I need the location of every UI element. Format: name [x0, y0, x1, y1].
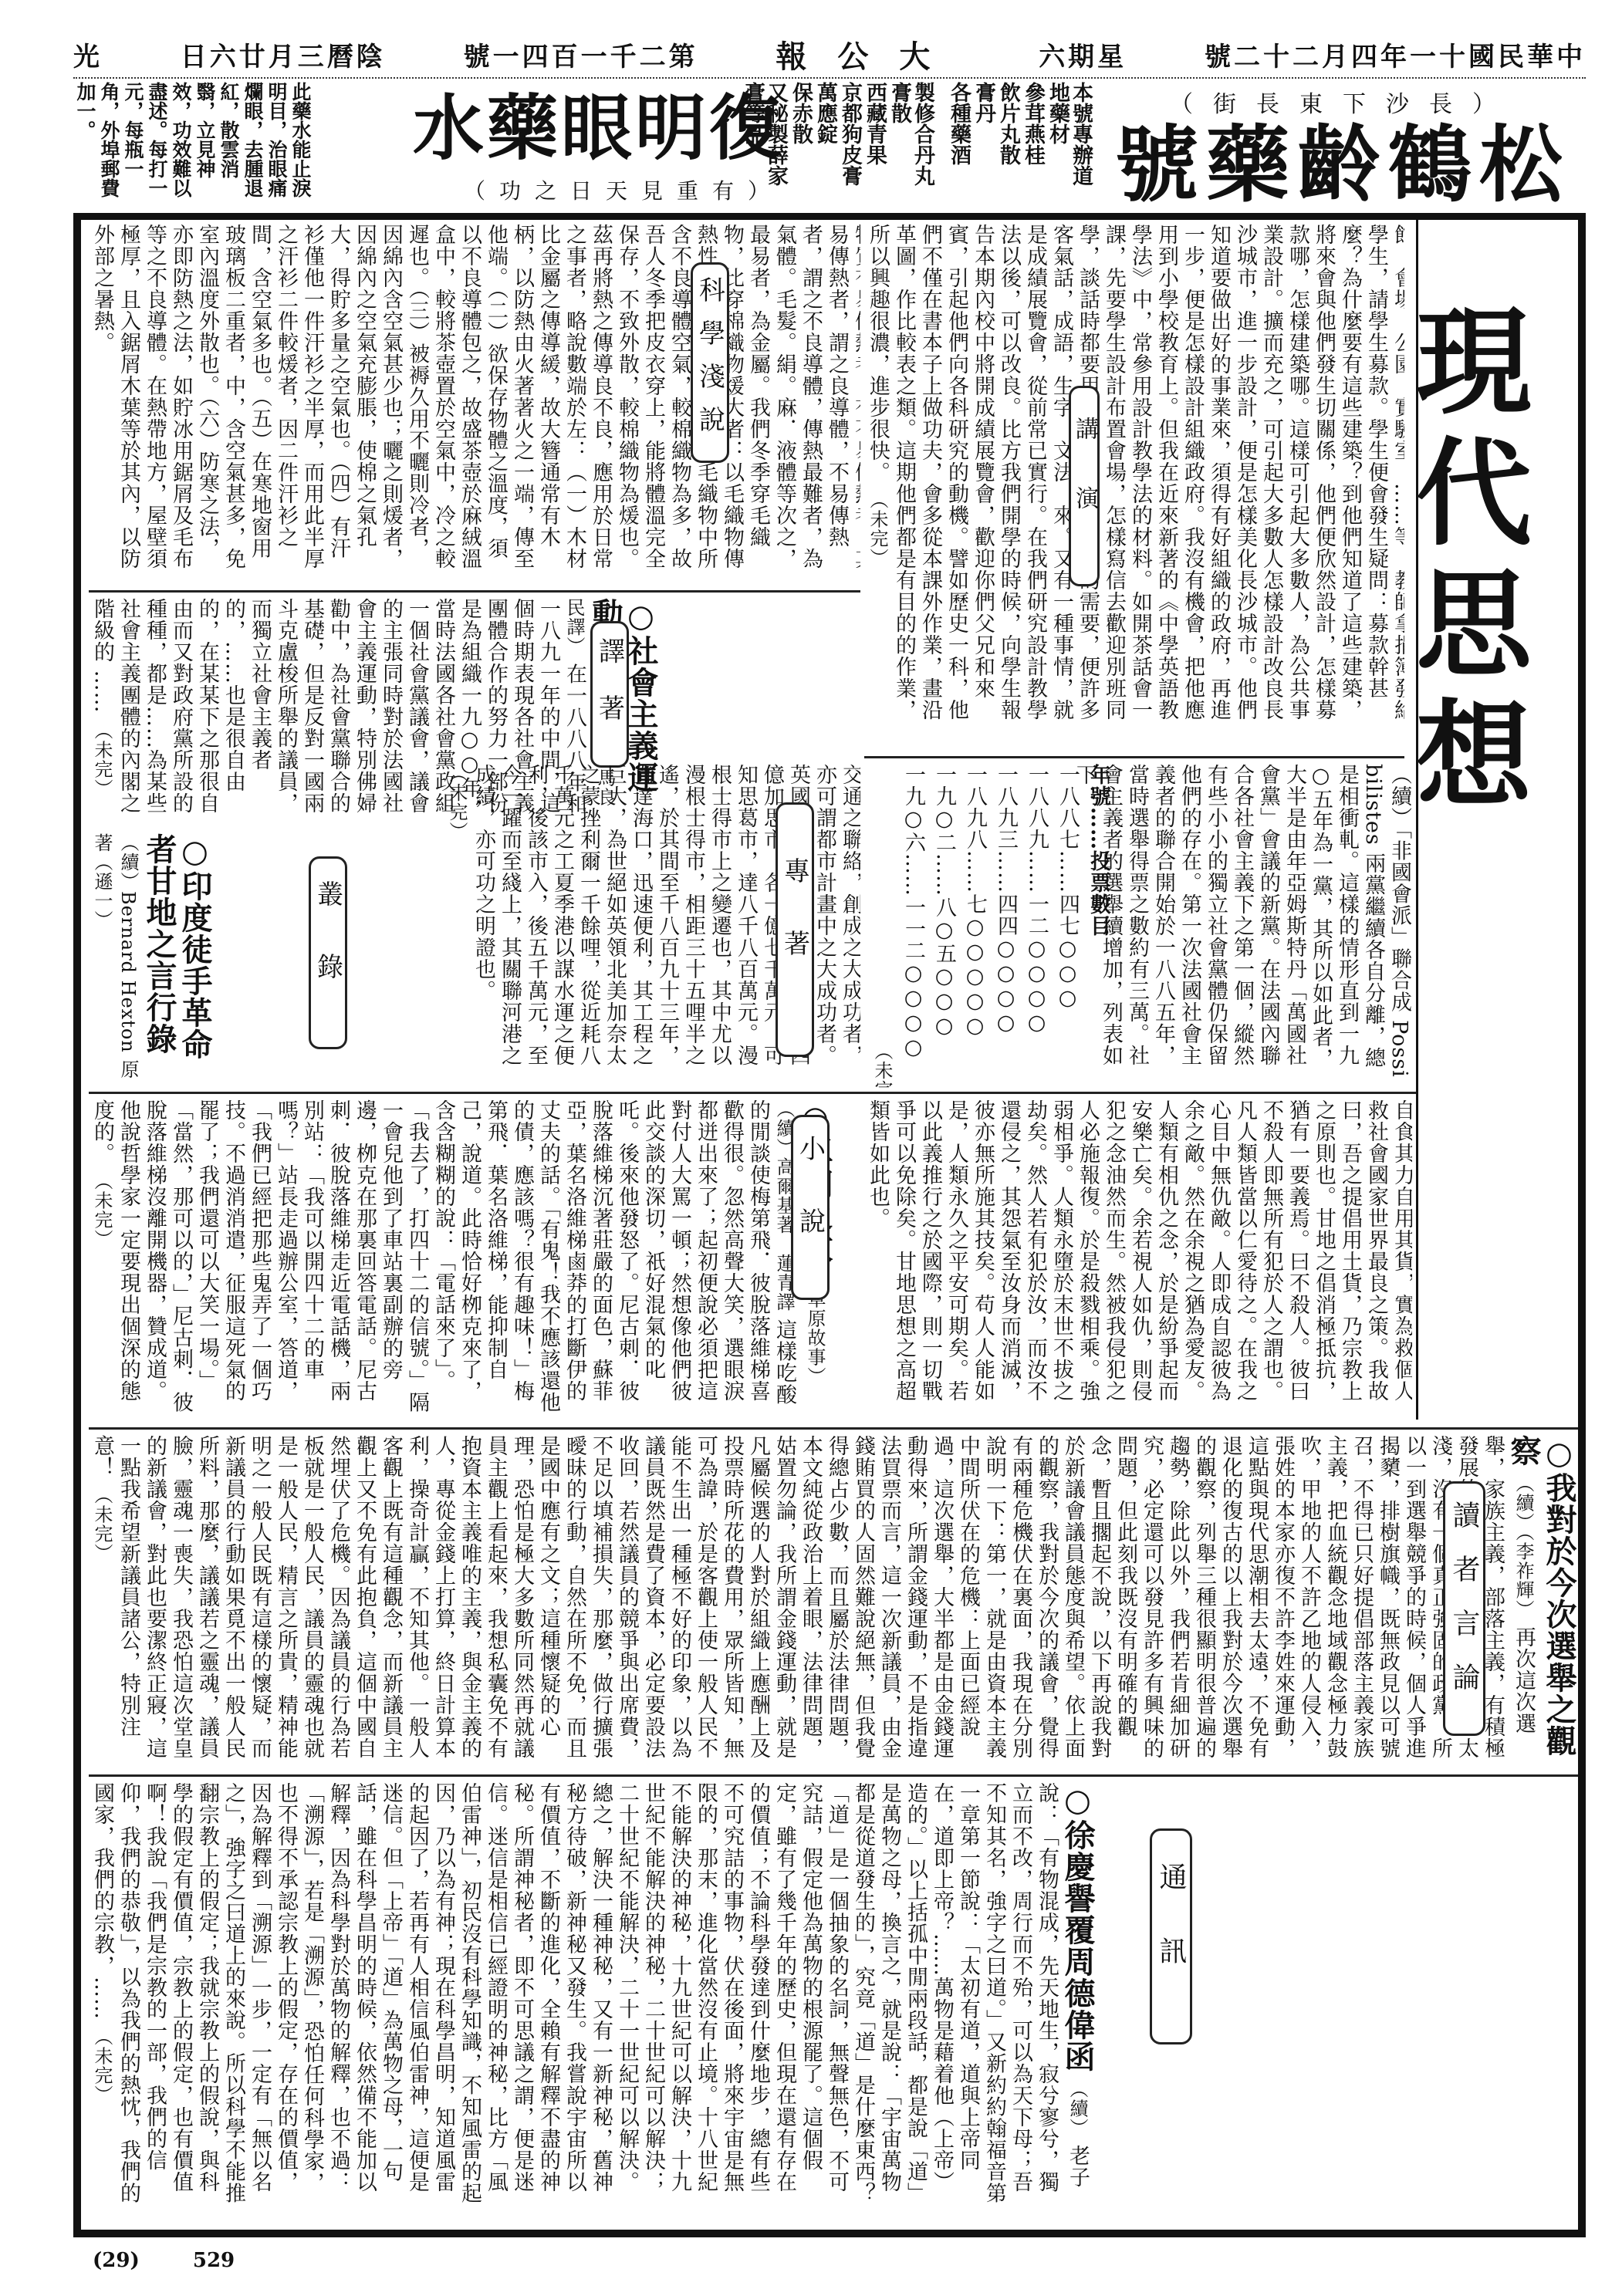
masthead-paper-name: 大公報 — [776, 32, 961, 76]
vote-table-count: 八○五○○○ — [932, 896, 956, 1038]
article-body: （續）「非國會派」聯合成 Possibilistes 兩黨繼續各自分離，總是相衝… — [1073, 764, 1411, 1078]
article-text: ○毛織物較煖於綿織物何故？ （楚良） 熱能藉物質媒介，由一端逃至他端，此作用謂之… — [89, 224, 860, 579]
vote-table: 年號……投票數目 一八八七……四七○○○ 一八八九……一二○○○○ 一八九三……… — [869, 764, 1111, 1088]
section-divider — [1416, 216, 1420, 1420]
article-end-mark: （未完） — [91, 721, 113, 798]
vote-table-year: 一八九八 — [963, 764, 987, 850]
masthead: 中華民國十一年四月二十二號 星期六 大公報 第二千一百四一號 陰曆三月廿六日 光 — [73, 31, 1586, 79]
ad-eyedrops-detail: 萬應錠 — [813, 82, 836, 205]
vote-table-year: 一九○六 — [901, 764, 925, 853]
article-text: ○徐慶譽覆周德偉函 （續） 老子說：「有物混成，先天地生，寂兮寥兮，獨立而不改，… — [89, 1782, 1095, 2207]
article-correspondence: 通訊 ○徐慶譽覆周德偉函 （續） 老子說：「有物混成，先天地生，寂兮寥兮，獨立而… — [89, 1782, 1578, 2214]
article-text: ○設計教學法 （續）（美國蓋葆耐君在周南女校講演）（楊舜鈞翻譯 周杰承筆記） 這… — [864, 224, 1404, 733]
article-text: （續）「非國會派」聯合成 Possibilistes 兩黨繼續各自分離，總是相衝… — [1119, 764, 1412, 1080]
vote-table-count: 一二○○○○ — [1025, 893, 1049, 1035]
article-end-mark: （未完） — [91, 1172, 113, 1249]
page-number: (29) — [93, 2249, 140, 2272]
vote-table-row: 一八九三……四四○○○○ — [992, 764, 1019, 1072]
article-body: 老子說：「有物混成，先天地生，寂兮寥兮，獨立而不改，周行而不殆，可以為天下母；吾… — [90, 1782, 1090, 2204]
ad-eyedrops-detail: 西藏青果 — [863, 82, 886, 205]
masthead-extra: 光 — [73, 35, 103, 73]
ad-pharmacy-location: （長沙下東長街） — [1100, 85, 1586, 119]
article-title: ○徐慶譽覆周德偉函 — [1059, 1782, 1096, 2072]
article-end-mark: （未完） — [869, 764, 895, 1088]
ad-pharmacy-name: 松鶴齡藥號 — [1100, 119, 1586, 211]
article-politics-layout: （續）「非國會派」聯合成 Possibilistes 兩黨繼續各自分離，總是相衝… — [864, 764, 1412, 1088]
article-urban: 專著 ○都市計畫論 （續）（余衡） 又如佛蘭克福得市，觀其鐵道幹綫之聯絡，亦可知… — [444, 764, 860, 1088]
divider — [89, 590, 860, 593]
ad-pharmacy-detail: 飲片丸散 — [996, 82, 1019, 205]
article-byline: （續）Bernard Hexton 原著（遜一） — [91, 833, 139, 1079]
article-tag: 譯著 — [590, 621, 629, 768]
article-byline: （續） — [1066, 2080, 1088, 2138]
article-text: ○我對於今次選舉之觀察 （續）（李祚輝） 再次這次選舉，家族主義，部落主義，有積… — [89, 1435, 1578, 1763]
article-body: 這樣吃酸的閒談使梅第飛．彼脫落維梯喜歡得很。忽然高聲大笑，選眼淚都迸出來了；起初… — [90, 1099, 796, 1413]
ad-pharmacy: （長沙下東長街） 松鶴齡藥號 — [1100, 82, 1586, 213]
ad-eyedrops-detail: 製修合丹丸膏散 — [887, 82, 934, 205]
article-lecture: 講演 ○設計教學法 （續）（美國蓋葆耐君在周南女校講演）（楊舜鈞翻譯 周杰承筆記… — [864, 224, 1404, 748]
article-end-mark: （未完） — [867, 491, 888, 568]
article-tag: 讀者言論 — [1443, 1481, 1485, 1736]
masthead-issue: 第二千一百四一號 — [464, 35, 698, 73]
vote-table-count: 四七○○○ — [1056, 893, 1080, 1011]
ad-eyedrops-tagline: （有重見天日之功） — [505, 174, 783, 205]
article-body: 熱能藉物質媒介，由一端逃至他端，此作用謂之傳導；但物質有易傳熱者，有不易傳熱者；… — [90, 224, 860, 573]
ad-pharmacy-detail: 各種藥酒 — [947, 82, 970, 205]
article-tag: 叢錄 — [309, 856, 347, 1049]
vote-table-year: 一九○二 — [932, 764, 956, 853]
article-gandhi-body: 勸用土貨及戒偽殺。一九一五年來，甘地竭力勸其人民購用土貨。英貨在印銷場頗受其影響… — [864, 1099, 1412, 1423]
article-tag: 通訊 — [1150, 1828, 1192, 2044]
ad-eyedrops-detail: 保赤散 — [789, 82, 812, 205]
vote-table-count: 七○○○○○ — [963, 893, 987, 1038]
ad-pharmacy-detail: 膏丹 — [972, 82, 995, 205]
vote-table-row: 一九○六……一一二○○○○ — [900, 764, 926, 1072]
advertisement-band: （長沙下東長街） 松鶴齡藥號 本號專辦道地藥材 參茸燕桂 飲片丸散 膏丹 各種藥… — [73, 82, 1586, 220]
article-body: 再次這次選舉，家族主義，部落主義，有積極發展的傾向。我國立憲政治訓練太淺，沒有一… — [90, 1435, 1536, 1759]
masthead-date-lunar: 陰曆三月廿六日 — [181, 35, 386, 73]
ad-pharmacy-detail: 參茸燕桂 — [1021, 82, 1044, 205]
article-end-mark: （未完） — [91, 2028, 113, 2105]
article-byline: （續）（李祚輝） — [1512, 1474, 1534, 1619]
ad-eyedrops-details: 製修合丹丸膏散 西藏青果 京都狗皮膏 萬應錠 保赤散 又秘製薛家膏等品 — [783, 82, 934, 213]
vote-table-row: 一八八九……一二○○○○ — [1023, 764, 1049, 1072]
divider — [89, 1774, 1578, 1777]
ad-pharmacy-details: 本號專辦道地藥材 參茸燕桂 飲片丸散 膏丹 各種藥酒 — [938, 82, 1092, 213]
ad-eyedrops-notice: 此藥水能止淚明目，治眼痛爛眼，去腫退紅，散雲消翳，立見神效，功效難以盡述。每打一… — [73, 82, 498, 213]
newspaper-page: 中華民國十一年四月二十二號 星期六 大公報 第二千一百四一號 陰曆三月廿六日 光… — [73, 31, 1586, 2245]
divider — [89, 1427, 1578, 1430]
article-text: ○單調之故 （草原故事）（續）高爾基著 蓮青譯 這樣吃酸的閒談使梅第飛．彼脫落維… — [89, 1099, 860, 1416]
article-title: ○印度徒手革命者甘地之言行錄 — [141, 833, 213, 1060]
ad-pharmacy-detail: 本號專辦道地藥材 — [1046, 82, 1092, 205]
article-politics: （續）「非國會派」聯合成 Possibilistes 兩黨繼續各自分離，總是相衝… — [864, 764, 1412, 1088]
vote-table-row: 一八九八……七○○○○○ — [961, 764, 988, 1072]
article-reader-opinion: 讀者言論 ○我對於今次選舉之觀察 （續）（李祚輝） 再次這次選舉，家族主義，部落… — [89, 1435, 1578, 1771]
article-novel: 小說 ○單調之故 （草原故事）（續）高爾基著 蓮青譯 這樣吃酸的閒談使梅第飛．彼… — [89, 1099, 860, 1423]
article-end-mark: （未完） — [446, 764, 468, 841]
article-tag: 講演 — [1069, 386, 1100, 586]
vote-table-year: 一八九三 — [994, 764, 1018, 850]
ad-eyedrops: 復明眼藥水 （有重見天日之功） — [505, 82, 783, 213]
article-body: 這種設計法，可解決中國目下困難的問題。中國一切事業的不發展，皆由於少數人不設計，… — [866, 224, 1404, 728]
article-text: 勸用土貨及戒偽殺。一九一五年來，甘地竭力勸其人民購用土貨。英貨在印銷場頗受其影響… — [864, 1099, 1412, 1416]
article-gandhi-part1: 叢錄 ○印度徒手革命者甘地之言行錄 （續）Bernard Hexton 原著（遜… — [89, 833, 440, 1088]
ad-eyedrops-name: 復明眼藥水 — [505, 82, 783, 174]
divider — [864, 756, 1404, 758]
article-science: 科學淺說 ○毛織物較煖於綿織物何故？ （楚良） 熱能藉物質媒介，由一端逃至他端，… — [89, 224, 860, 586]
article-tag: 專著 — [776, 802, 814, 1057]
folio-number: 529 — [193, 2249, 235, 2272]
page-footer: (29) 529 — [93, 2249, 281, 2272]
article-text: ○印度徒手革命者甘地之言行錄 （續）Bernard Hexton 原著（遜一） — [89, 833, 212, 1080]
content-frame: 現代思想 講演 ○設計教學法 （續）（美國蓋葆耐君在周南女校講演）（楊舜鈞翻譯 … — [73, 216, 1586, 2237]
vote-table-row: 一九○二……八○五○○○ — [931, 764, 957, 1072]
vote-table-count: 一一二○○○○ — [901, 896, 925, 1060]
article-end-mark: （未完） — [91, 1486, 113, 1563]
divider — [89, 1092, 1416, 1094]
vote-table-count: 四四○○○○ — [994, 893, 1018, 1035]
article-body: 勸用土貨及戒偽殺。一九一五年來，甘地竭力勸其人民購用土貨。英貨在印銷場頗受其影響… — [866, 1099, 1412, 1402]
masthead-weekday: 星期六 — [1039, 35, 1127, 73]
masthead-date-gregorian: 中華民國十一年四月二十二號 — [1205, 35, 1586, 73]
ad-eyedrops-detail: 京都狗皮膏 — [838, 82, 861, 205]
article-tag: 小說 — [791, 1115, 830, 1300]
article-tag: 科學淺說 — [691, 262, 729, 463]
vote-table-row: 一八八七……四七○○○ — [1054, 764, 1080, 1072]
vote-table-year: 一八八九 — [1025, 764, 1049, 850]
ad-eyedrops-notice-text: 此藥水能止淚明目，治眼痛爛眼，去腫退紅，散雲消翳，立見神效，功效難以盡述。每打一… — [73, 82, 313, 205]
